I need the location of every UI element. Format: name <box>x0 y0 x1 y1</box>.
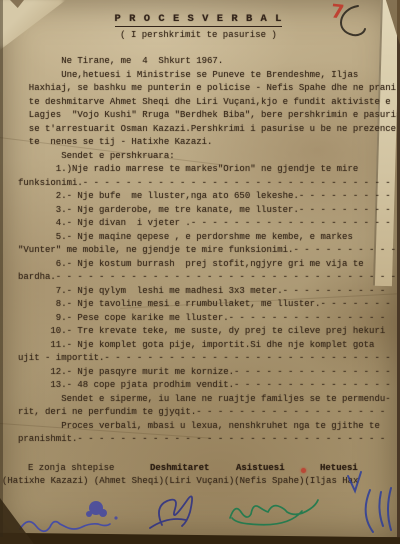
text-line: "Vunter" me mobile, ne gjendje te mire f… <box>18 244 397 258</box>
handwritten-signatures <box>0 468 397 537</box>
document-page: P R O C E S V E R B A L ( I pershkrimit … <box>0 0 397 537</box>
text-line: 2.- Nje bufe me lluster,nga ato 650 leke… <box>18 190 397 204</box>
paper-fold-corner <box>0 0 66 50</box>
text-line: 8.- Nje tavoline mesi e rrumbullaket, me… <box>18 298 397 312</box>
signature-hatixhe <box>86 501 118 520</box>
signature-ahmet <box>150 496 192 528</box>
pen-curve-mark <box>318 0 388 48</box>
text-line: Une,hetuesi i Ministrise se Puneve te Br… <box>18 69 397 83</box>
photo-edge-left <box>0 0 3 537</box>
text-line: Sendet e pershkruara: <box>18 150 397 164</box>
signature-nefis <box>348 472 361 491</box>
text-line: 12.- Nje pasqyre murit me kornize.- - - … <box>18 366 397 380</box>
text-line: 4.- Nje divan i vjeter .- - - - - - - - … <box>18 217 397 231</box>
text-line: 9.- Pese cope karike me lluster.- - - - … <box>18 312 397 326</box>
text-line: 5.- Nje maqine qepese , e perdorshme me … <box>18 231 397 245</box>
text-line: Sendet e siperme, iu lane ne ruajtje fam… <box>18 393 397 407</box>
signature-iljas <box>366 488 391 532</box>
text-line: te nenes se tij - Hatixhe Kazazi. <box>18 136 397 150</box>
text-line: 11.- Nje komplet gota pije, importit.Si … <box>18 339 397 353</box>
text-line: funksionimi.- - - - - - - - - - - - - - … <box>18 177 397 191</box>
text-line: 10.- Tre krevate teke, me suste, dy prej… <box>18 325 397 339</box>
text-line: Haxhiaj, se bashku me punterin e policis… <box>18 82 397 96</box>
text-line: Proces verbali, mbasi u lexua, nenshkruh… <box>18 420 397 434</box>
text-line: Lagjes "Vojo Kushi" Rruga "Berdhek Biba"… <box>18 109 397 123</box>
text-line: Ne Tirane, me 4 Shkurt 1967. <box>18 55 397 69</box>
text-line: 13.- 48 cope pjata prodhim vendit.- - - … <box>18 379 397 393</box>
text-line: 3.- Nje garderobe, me tre kanate, me llu… <box>18 204 397 218</box>
text-line: bardha.- - - - - - - - - - - - - - - - -… <box>18 271 397 285</box>
signature-liri <box>230 500 318 525</box>
photo-background: P R O C E S V E R B A L ( I pershkrimit … <box>0 0 400 544</box>
text-line: se t'arrestuarit Osman Kazazi.Pershkrimi… <box>18 123 397 137</box>
text-line: 1.)Nje radio marrese te markes"Orion" ne… <box>18 163 397 177</box>
text-line: rit, deri ne perfundim te gjyqit.- - - -… <box>18 406 397 420</box>
document-body: Ne Tirane, me 4 Shkurt 1967. Une,hetuesi… <box>18 55 397 447</box>
text-line: 6.- Nje kostum burrash prej stofit,ngjyr… <box>18 258 397 272</box>
text-line: ujit - importit.- - - - - - - - - - - - … <box>18 352 397 366</box>
text-line: pranishmit.- - - - - - - - - - - - - - -… <box>18 433 397 447</box>
text-line: te deshmitarve Ahmet Sheqi dhe Liri Vuça… <box>18 96 397 110</box>
text-line: 7.- Nje qylym leshi me madhesi 3x3 meter… <box>18 285 397 299</box>
